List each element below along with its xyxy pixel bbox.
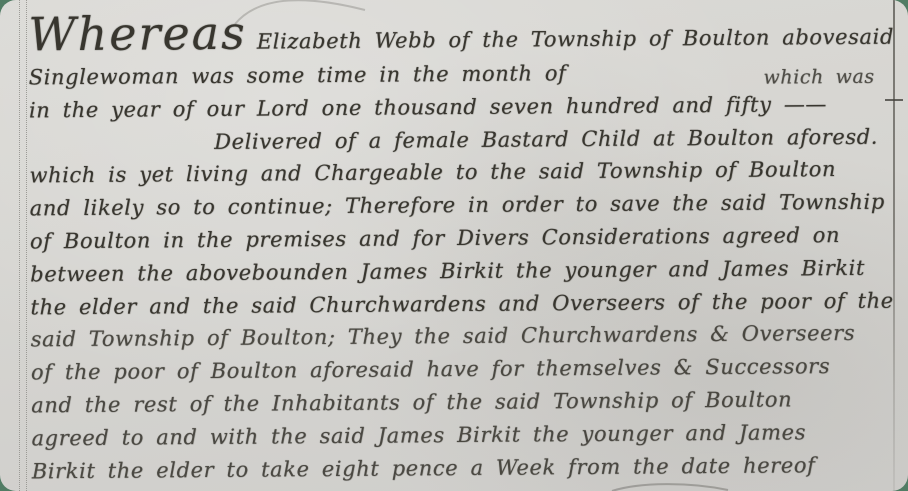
line-text: the elder and the said Churchwardens and…: [30, 288, 893, 319]
manuscript-line: WhereasElizabeth Webb of the Township of…: [28, 1, 888, 62]
line-text: Birkit the elder to take eight pence a W…: [32, 453, 816, 483]
line-text: in the year of our Lord one thousand sev…: [29, 92, 827, 122]
line-text: agreed to and with the said James Birkit…: [31, 420, 806, 450]
manuscript-text-block: WhereasElizabeth Webb of the Township of…: [28, 1, 892, 488]
document-scan: WhereasElizabeth Webb of the Township of…: [0, 0, 908, 491]
line-text: Delivered of a female Bastard Child at B…: [214, 124, 878, 153]
line-text: Elizabeth Webb of the Township of Boulto…: [257, 25, 894, 54]
line-text: of the poor of Boulton aforesaid have fo…: [31, 354, 830, 384]
line-text: and the rest of the Inhabitants of the s…: [31, 387, 792, 417]
line-text: and likely so to continue; Therefore in …: [30, 190, 885, 221]
opening-word: Whereas: [28, 6, 247, 62]
line-text: Singlewoman was some time in the month o…: [29, 61, 567, 89]
line-text: which is yet living and Chargeable to th…: [29, 157, 836, 187]
manuscript-line: Birkit the elder to take eight pence a W…: [32, 448, 892, 488]
cutoff-stroke-bottom: [610, 482, 730, 491]
right-margin-rule: [893, 0, 895, 491]
left-margin-rule: [19, 0, 27, 491]
line-text: said Township of Boulton; They the said …: [31, 321, 856, 351]
line-text: of Boulton in the premises and for Diver…: [30, 223, 840, 253]
line-text: between the abovebounden James Birkit th…: [30, 256, 865, 287]
